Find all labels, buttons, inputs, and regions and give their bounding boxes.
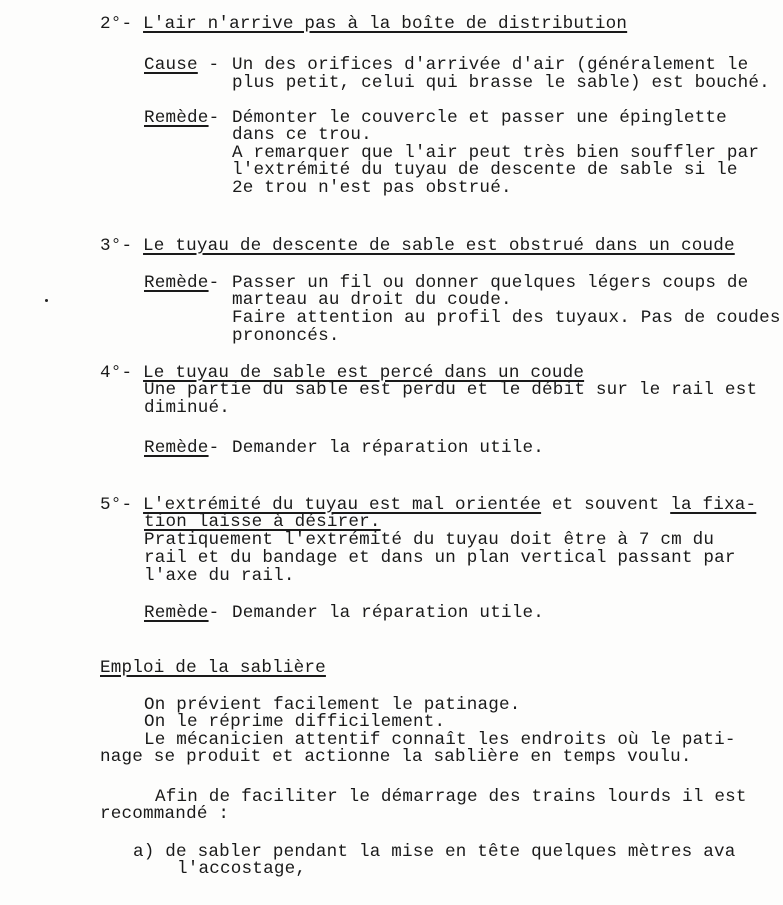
cause-separator: - bbox=[198, 55, 220, 75]
paragraph-line: recommandé : bbox=[100, 805, 229, 823]
remedy-label: Remède bbox=[144, 603, 209, 623]
paragraph-line: On le réprime difficilement. bbox=[144, 713, 445, 731]
remedy-label-line: Remède- bbox=[144, 604, 219, 622]
body-line: Pratiquement l'extrémité du tuyau doit ê… bbox=[144, 531, 714, 549]
list-item-line: l'accostage, bbox=[177, 860, 306, 878]
section-number: 2°- bbox=[100, 14, 132, 34]
remedy-line: 2e trou n'est pas obstrué. bbox=[232, 179, 512, 197]
section-5-heading-cont: tion laisse à désirer. bbox=[144, 513, 381, 531]
cause-label: Cause bbox=[144, 55, 198, 75]
scan-speck bbox=[45, 299, 48, 302]
section-title: Le tuyau de descente de sable est obstru… bbox=[143, 236, 735, 256]
remedy-separator: - bbox=[209, 438, 220, 458]
paragraph-line: nage se produit et actionne la sablière … bbox=[100, 748, 692, 766]
cause-label-line: Cause - bbox=[144, 56, 219, 74]
remedy-line: Faire attention au profil des tuyaux. Pa… bbox=[232, 309, 781, 327]
list-marker: a) bbox=[133, 842, 155, 862]
body-line: Une partie du sable est perdu et le débi… bbox=[144, 381, 757, 399]
remedy-label-line: Remède- bbox=[144, 274, 219, 292]
typewritten-page: 2°- L'air n'arrive pas à la boîte de dis… bbox=[0, 0, 783, 905]
remedy-line: marteau au droit du coude. bbox=[232, 291, 512, 309]
remedy-label: Remède bbox=[144, 273, 209, 293]
remedy-label: Remède bbox=[144, 438, 209, 458]
section-2-heading: 2°- L'air n'arrive pas à la boîte de dis… bbox=[100, 15, 627, 33]
usage-heading-text: Emploi de la sablière bbox=[100, 658, 326, 678]
body-line: l'axe du rail. bbox=[144, 567, 295, 585]
section-number: 5°- bbox=[100, 495, 132, 515]
remedy-label: Remède bbox=[144, 108, 209, 128]
section-title-mid: et souvent bbox=[541, 495, 670, 515]
remedy-label-line: Remède- bbox=[144, 439, 219, 457]
section-title: L'air n'arrive pas à la boîte de distrib… bbox=[143, 14, 627, 34]
section-title-part2-cont: tion laisse à désirer. bbox=[144, 512, 381, 532]
remedy-line: Demander la réparation utile. bbox=[232, 604, 544, 622]
section-title-part2: la fixa- bbox=[670, 495, 756, 515]
remedy-separator: - bbox=[209, 108, 220, 128]
body-line: rail et du bandage et dans un plan verti… bbox=[144, 549, 736, 567]
usage-heading: Emploi de la sablière bbox=[100, 659, 326, 677]
section-number: 3°- bbox=[100, 236, 132, 256]
remedy-line: Demander la réparation utile. bbox=[232, 439, 544, 457]
remedy-line: prononcés. bbox=[232, 327, 340, 345]
remedy-line: dans ce trou. bbox=[232, 126, 372, 144]
cause-line: Un des orifices d'arrivée d'air (général… bbox=[232, 56, 748, 74]
remedy-label-line: Remède- bbox=[144, 109, 219, 127]
cause-line: plus petit, celui qui brasse le sable) e… bbox=[232, 74, 770, 92]
remedy-line: l'extrémité du tuyau de descente de sabl… bbox=[232, 161, 738, 179]
remedy-separator: - bbox=[209, 273, 220, 293]
paragraph-line: Afin de faciliter le démarrage des train… bbox=[155, 788, 747, 806]
body-line: diminué. bbox=[144, 399, 230, 417]
section-3-heading: 3°- Le tuyau de descente de sable est ob… bbox=[100, 237, 735, 255]
section-number: 4°- bbox=[100, 363, 132, 383]
remedy-separator: - bbox=[209, 603, 220, 623]
